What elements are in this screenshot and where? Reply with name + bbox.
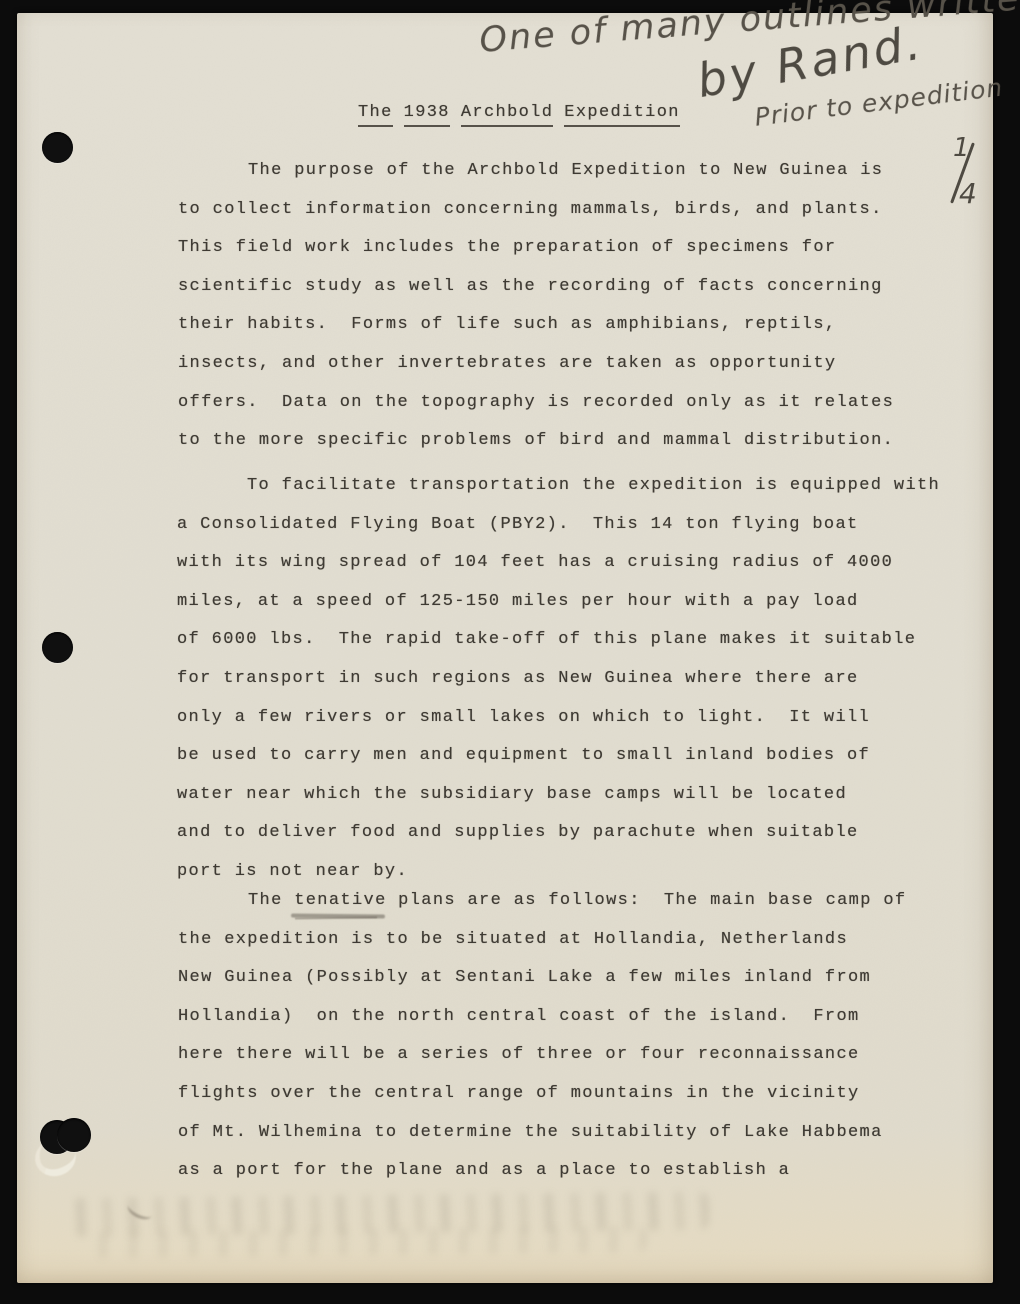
title-word: The xyxy=(358,103,393,127)
title-word: 1938 xyxy=(404,103,450,127)
body-paragraph-2: To facilitate transportation the expedit… xyxy=(177,467,977,892)
title-word: Expedition xyxy=(564,103,680,127)
scan-background: One of many outlines written by Rand. Pr… xyxy=(0,0,1020,1304)
page-title: The 1938 Archbold Expedition xyxy=(358,103,680,127)
title-word: Archbold xyxy=(461,103,553,127)
pencil-stroke xyxy=(295,916,377,919)
body-paragraph-3: The tenative plans are as follows: The m… xyxy=(178,882,978,1191)
punch-hole-torn xyxy=(57,1118,91,1152)
punch-hole xyxy=(42,632,73,663)
bleed-through-text xyxy=(87,1226,647,1258)
scanned-page: One of many outlines written by Rand. Pr… xyxy=(17,13,993,1283)
body-paragraph-1: The purpose of the Archbold Expedition t… xyxy=(178,152,978,461)
pencil-underline-tenative xyxy=(291,914,385,921)
punch-hole xyxy=(42,132,73,163)
